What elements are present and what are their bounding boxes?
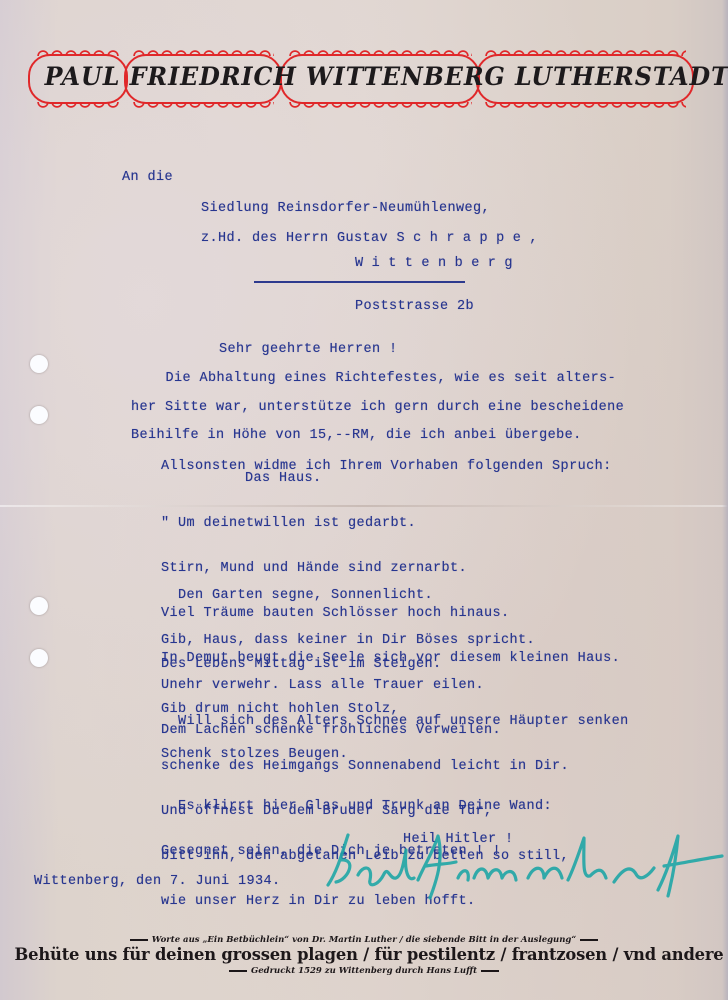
letterhead: PAUL FRIEDRICH WITTENBERG LUTHERSTADT [28,48,692,106]
footer-source-line: Worte aus „Ein Betbüchlein“ von Dr. Mart… [0,935,728,945]
punch-hole [30,406,48,424]
recipient-intro: An die [122,170,173,185]
letterhead-title: PAUL FRIEDRICH WITTENBERG LUTHERSTADT [45,62,676,91]
recipient-line-2: z.Hd. des Herrn Gustav Schrappe, [201,231,546,246]
footer-print-text: Gedruckt 1529 zu Wittenberg durch Hans L… [251,966,477,976]
place-date: Wittenberg, den 7. Juni 1934. [34,874,281,889]
punch-hole [30,597,48,615]
decorative-dash [229,970,247,972]
handwritten-signature [318,830,726,900]
punch-hole [30,355,48,373]
recipient-street: Poststrasse 2b [355,299,474,314]
recipient-surname: Schrappe, [397,231,546,246]
body-line-1: Die Abhaltung eines Richtefestes, wie es… [140,371,616,386]
footer-source-text: Worte aus „Ein Betbüchlein“ von Dr. Mart… [152,935,576,945]
recipient-city: Wittenberg [355,256,521,271]
poem-line: Es klirrt hier Glas und Trunk an Deine W… [161,799,552,814]
footer-main-line: Behüte uns für deinen grossen plagen / f… [15,945,714,965]
decorative-dash [580,939,598,941]
address-underline [254,281,465,283]
decorative-dash [481,970,499,972]
greeting: Sehr geehrte Herren ! [219,342,398,357]
decorative-dash [130,939,148,941]
body-line-2: her Sitte war, unterstütze ich gern durc… [131,400,624,415]
poem-line: Will sich des Alters Schnee auf unsere H… [161,714,629,729]
body-line-3: Beihilfe in Höhe von 15,--RM, die ich an… [131,428,582,443]
poem-line: Des Lebens Mittag ist im Steigen. [161,657,442,672]
recipient-prefix: z.Hd. des Herrn Gustav [201,231,397,246]
poem-line: Den Garten segne, Sonnenlicht. [161,588,535,603]
poem-intro: Allsonsten widme ich Ihrem Vorhaben folg… [161,459,612,474]
punch-hole [30,649,48,667]
footer-print-line: Gedruckt 1529 zu Wittenberg durch Hans L… [0,966,728,976]
poem-title: Das Haus. [245,471,322,486]
poem-line: " Um deinetwillen ist gedarbt. [161,516,620,531]
recipient-line-1: Siedlung Reinsdorfer-Neumühlenweg, [201,201,490,216]
